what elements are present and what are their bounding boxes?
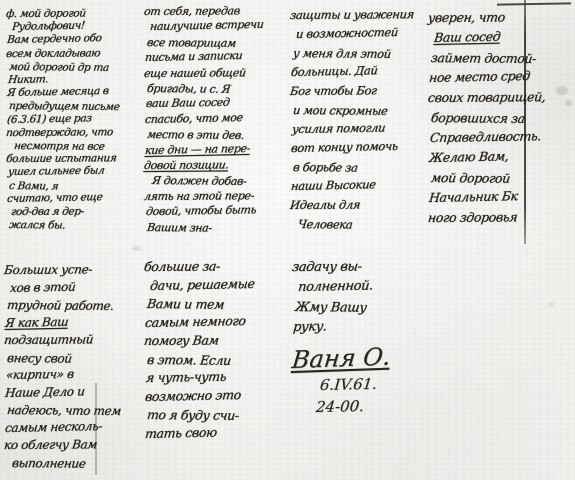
handwriting-column-top-4: уверен, чтоВаш соседзаймет достой-ное ме… [428, 8, 574, 228]
handwriting-line: ко облегчу Вам [3, 436, 147, 454]
handwriting-line: письма и записки [144, 47, 294, 65]
handwriting-column-top-2: от себя, передавнаилучшие встречивсе тов… [144, 4, 292, 235]
handwriting-line: Бог чтобы Бог [289, 81, 431, 101]
handwriting-line: хов в этой [9, 277, 148, 297]
signature-date: 6.IV.61. [319, 372, 471, 395]
handwriting-line: ушел сильнее был [7, 164, 145, 179]
handwriting-line: спасибо, что мое [144, 109, 294, 127]
signature-block: Ваня О. 6.IV.61. 24-00. [292, 350, 470, 417]
handwriting-line: наши Высокие [290, 174, 432, 196]
handwriting-column-bottom-1: Больших успе-хов в этойтрудной работе.Я … [4, 262, 146, 472]
handwriting-line: я чуть-чуть [145, 367, 296, 388]
handwriting-line: ное место сред [428, 65, 575, 88]
signature-name: Ваня О. [291, 346, 403, 370]
handwriting-line: полненной. [297, 275, 472, 298]
handwriting-line: еще нашей общей [143, 65, 293, 81]
handwriting-line: ного здоровья [427, 207, 575, 228]
handwriting-line: Вашим зна- [146, 220, 296, 237]
signature-time: 24-00. [315, 394, 471, 417]
handwriting-column-top-3: защиты и уваженияи возможностейу меня дл… [290, 6, 430, 234]
handwriting-line: довой, чтобы быть [145, 202, 293, 220]
handwriting-column-bottom-3: задачу вы-полненной.Жму Вашуруку. Ваня О… [292, 258, 470, 417]
handwriting-line: кие дни — на пере- [144, 140, 294, 158]
top-right-pen-stroke [497, 2, 571, 5]
handwriting-line: подзащитный [3, 331, 147, 349]
handwriting-line: Я больше месяца в [6, 84, 146, 100]
handwriting-line: Вам сердечно обо [6, 32, 146, 48]
handwriting-line: самым несколь- [4, 417, 148, 437]
handwriting-line: Желаю Вам, [428, 145, 575, 168]
handwriting-line: своих товарищей, [427, 87, 575, 108]
handwriting-line: самым немного [144, 310, 296, 332]
handwriting-line: руку. [292, 314, 472, 338]
handwriting-line: больницы. Дай [290, 60, 432, 82]
scan-artifact [132, 246, 141, 251]
handwriting-line: и возможностей [295, 22, 432, 44]
handwriting-line: наилучшие встречи [149, 17, 294, 35]
handwriting-line: тать свою [144, 421, 296, 443]
handwriting-lines-closing: задачу вы-полненной.Жму Вашуруку. [292, 258, 470, 338]
handwriting-line: вот концу помочь [290, 136, 432, 158]
handwriting-line: Начальник Бк [428, 185, 575, 208]
handwriting-line: Ваш сосед [433, 25, 575, 48]
handwriting-line: всем докладываю [5, 47, 145, 61]
handwriting-line: подтверждаю, что [5, 126, 145, 140]
handwriting-line: Человека [297, 215, 434, 235]
handwriting-line: довой позиции. [143, 157, 293, 173]
handwriting-line: выполнение [11, 455, 150, 474]
handwriting-line: Идеалы для [289, 195, 431, 215]
handwriting-line: возможно это [144, 384, 296, 406]
handwriting-line: считаю, что еще [6, 190, 146, 206]
handwriting-line: год-два я дер- [10, 205, 145, 219]
handwriting-line: помогу Вам [143, 331, 295, 351]
handwriting-column-top-1: ф. мой дорогойРудольфович! Вам сердечно … [6, 8, 144, 232]
handwriting-line: дачи, решаемые [149, 274, 296, 295]
scanned-handwritten-letter: ф. мой дорогойРудольфович! Вам сердечно … [0, 0, 575, 480]
handwriting-line: (6.3.61) еще раз [6, 111, 146, 127]
handwriting-column-bottom-2: большие за-дачи, решаемыеВами и темсамым… [144, 258, 294, 443]
handwriting-line: Я как Ваш [4, 312, 148, 332]
handwriting-line: Наше Дело и [4, 382, 148, 402]
scan-artifact [548, 302, 554, 307]
handwriting-line: жался бы. [8, 219, 147, 233]
handwriting-line: «кирпич» в [5, 365, 147, 385]
